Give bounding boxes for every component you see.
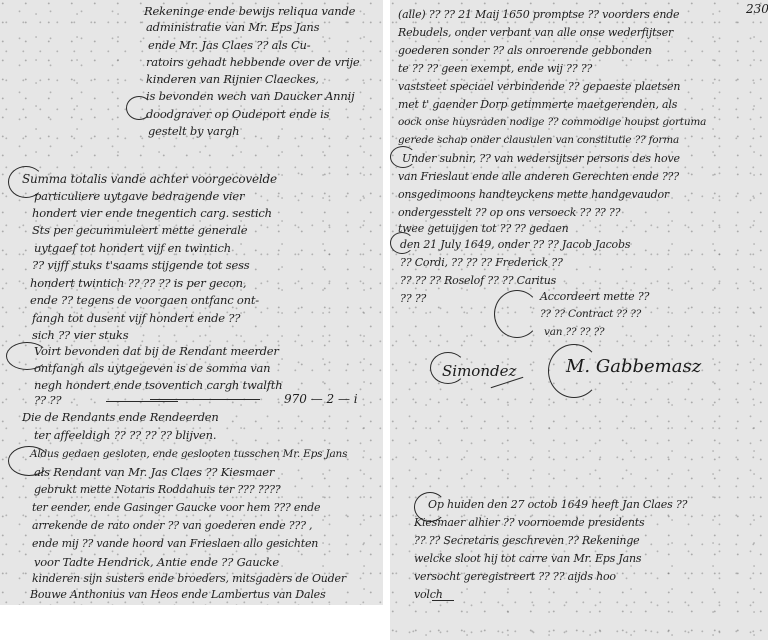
manuscript-line: ?? vijff stuks t'saams stijgende tot ses… (32, 258, 250, 272)
ledger-rule (106, 401, 178, 402)
flourish-decoration (126, 96, 152, 120)
manuscript-line: ter affeeldigh ?? ?? ?? ?? blijven. (34, 428, 216, 442)
manuscript-line: met t' gaender Dorp getimmerte maetgeren… (398, 98, 677, 111)
manuscript-page-right: 230 (alle) ?? ?? 21 Maij 1650 promptse ?… (390, 0, 768, 640)
manuscript-line: Sts per gecummuleert mette generale (32, 223, 247, 237)
manuscript-line: kinderen van Rijnier Claeckes, (146, 72, 319, 86)
manuscript-line: gestelt by vargh (148, 124, 239, 138)
capital-a-flourish (494, 290, 540, 338)
manuscript-line: Summa totalis vande achter voorgecovelde (22, 172, 277, 186)
manuscript-line: ?? ?? Contract ?? ?? (540, 308, 641, 320)
manuscript-line: welcke sloot hij tot carre van Mr. Eps J… (414, 552, 641, 565)
manuscript-line: Voirt bevonden dat bij de Rendant meerde… (34, 344, 279, 358)
manuscript-line: (alle) ?? ?? 21 Maij 1650 promptse ?? vo… (398, 8, 679, 21)
manuscript-line: is bevonden wech van Daucker Annij (146, 89, 354, 103)
folio-number: 230 (746, 2, 768, 16)
manuscript-line: vaststeet speciael verbindende ?? gepaes… (398, 80, 680, 93)
manuscript-line: ?? ?? ?? Roselof ?? ?? Caritus (400, 274, 556, 287)
manuscript-line: kinderen sijn susters ende broeders, mit… (32, 572, 346, 585)
signature-gabbemasz: M. Gabbemasz (566, 356, 701, 377)
manuscript-line: van ?? ?? ?? (544, 326, 604, 338)
signature-simondez: Simondez (442, 362, 516, 380)
manuscript-line: ?? ?? (34, 393, 61, 407)
manuscript-line: particuliere uytgave bedragende vier (34, 189, 244, 203)
manuscript-line: Op huiden den 27 octob 1649 heeft Jan Cl… (428, 498, 687, 511)
manuscript-line: Bouwe Anthonius van Heos ende Lambertus … (30, 588, 325, 601)
manuscript-line: Under subnir, ?? van wedersijtser person… (402, 152, 680, 165)
ledger-rule (432, 600, 454, 601)
manuscript-line: oock onse huysraden nodige ?? commodige … (398, 116, 706, 128)
manuscript-line: te ?? ?? geen exempt, ende wij ?? ?? (398, 62, 592, 75)
manuscript-line: ende ?? tegens de voorgaen ontfanc ont- (30, 293, 259, 307)
manuscript-line: Rekeninge ende bewijs reliqua vande (144, 4, 355, 18)
manuscript-line: twee getuijgen tot ?? ?? gedaen (398, 222, 569, 235)
manuscript-line: ter eender, ende Gasinger Gaucke voor he… (32, 501, 320, 514)
manuscript-line: gebrukt mette Notaris Roddahuis ter ??? … (34, 483, 281, 496)
manuscript-line: ?? ?? (400, 292, 426, 305)
manuscript-page-left: Rekeninge ende bewijs reliqua vande admi… (0, 0, 383, 605)
manuscript-line: versocht geregistreert ?? ?? aijds hoo (414, 570, 616, 583)
manuscript-line: Die de Rendants ende Rendeerden (22, 410, 219, 424)
manuscript-line: Accordeert mette ?? (540, 290, 649, 303)
manuscript-line: gerede schap onder clausulen van constit… (398, 134, 679, 146)
manuscript-line: uytgaef tot hondert vijf en twintich (34, 241, 231, 255)
manuscript-line: ?? Cordi, ?? ?? ?? Frederick ?? (400, 256, 563, 269)
manuscript-line: doodgraver op Oudeport ende is (146, 107, 329, 121)
manuscript-line: van Frieslaut ende alle anderen Gerechte… (398, 170, 679, 183)
manuscript-line: administratie van Mr. Eps Jans (146, 20, 319, 34)
manuscript-line: Aldus gedaen gesloten, ende geslooten tu… (30, 448, 347, 460)
manuscript-line: ontfangh als uytgegeven is de somma van (34, 361, 270, 375)
manuscript-line: als Rendant van Mr. Jas Claes ?? Kiesmae… (34, 465, 274, 479)
manuscript-line: hondert twintich ?? ?? ?? is per gecon, (30, 276, 246, 290)
manuscript-line: voor Tadte Hendrick, Antie ende ?? Gauck… (34, 555, 279, 569)
manuscript-line: goederen sonder ?? als onroerende gebbon… (398, 44, 652, 57)
manuscript-line: Kiesmaer alhier ?? voornoemde presidents (414, 516, 644, 529)
manuscript-line: sich ?? vier stuks (32, 328, 128, 342)
manuscript-line: arrekende de rato onder ?? van goederen … (32, 519, 312, 532)
balance-amount: 970 — 2 — i (284, 392, 358, 406)
manuscript-line: negh hondert ende tsoventich cargh twalf… (34, 378, 282, 392)
manuscript-line: hondert vier ende tnegentich carg. sesti… (32, 206, 272, 220)
manuscript-line: fangh tot dusent vijf hondert ende ?? (32, 311, 240, 325)
manuscript-line: ondergesstelt ?? op ons versoeck ?? ?? ?… (398, 206, 620, 219)
manuscript-line: den 21 July 1649, onder ?? ?? Jacob Jaco… (400, 238, 630, 251)
manuscript-line: ?? ?? Secretaris geschreven ?? Rekeninge (414, 534, 639, 547)
manuscript-line: ende mij ?? vande hoord van Frieslaen al… (32, 537, 318, 550)
manuscript-line: Rebudels, onder verbant van alle onse we… (398, 26, 673, 39)
manuscript-line: ratoirs gehadt hebbende over de vrije (146, 55, 360, 69)
ledger-rule (150, 399, 260, 400)
manuscript-line: onsgedimoons handteyckens mette handgeva… (398, 188, 669, 201)
manuscript-line: ende Mr. Jas Claes ?? als Cu- (148, 38, 310, 52)
